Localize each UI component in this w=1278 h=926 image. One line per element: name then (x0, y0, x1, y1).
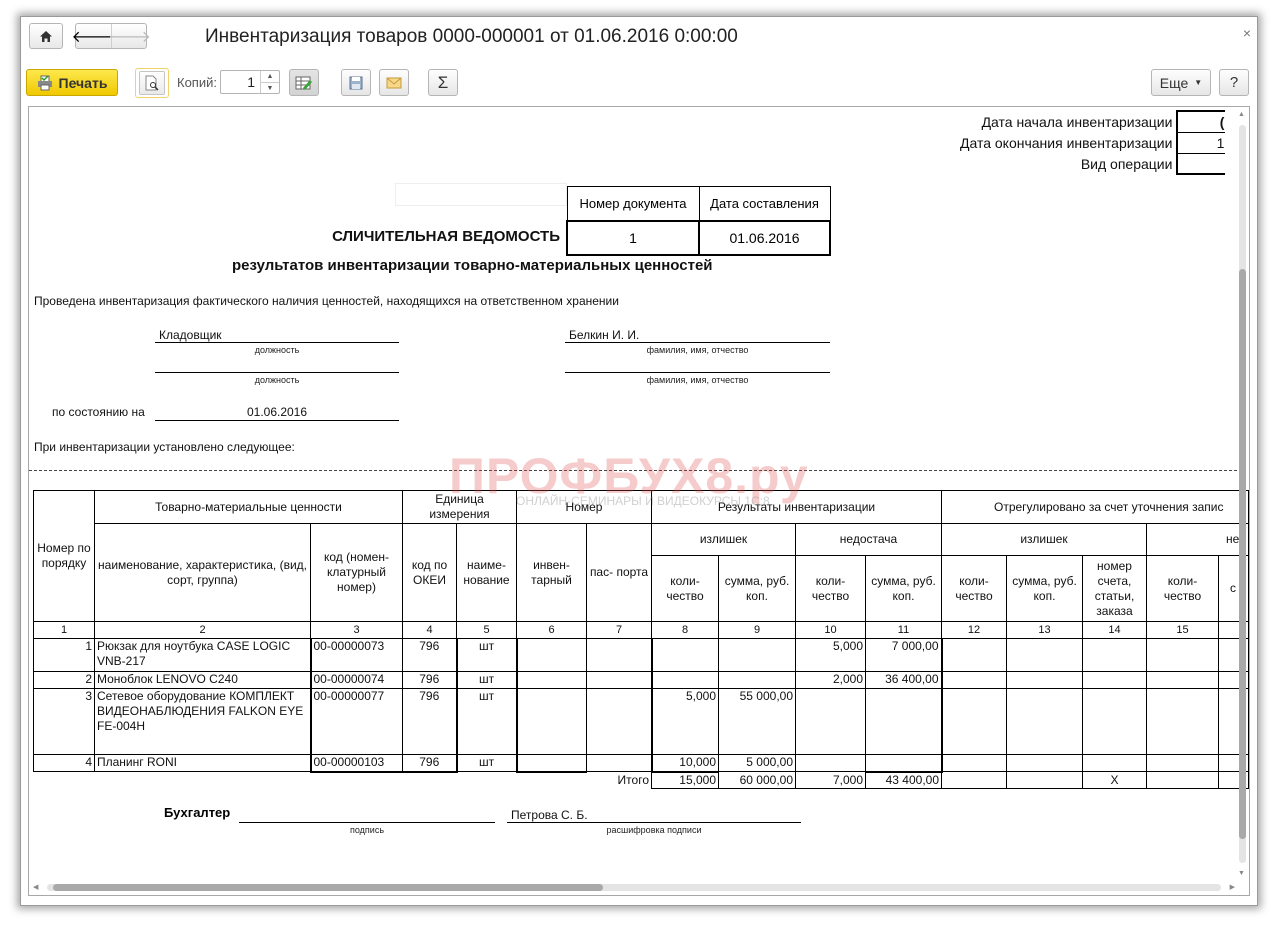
meta-value: 1 (1177, 132, 1225, 153)
edit-table-button[interactable] (289, 69, 319, 96)
header-adj-shortage: нед (1147, 524, 1249, 556)
cell-empty (942, 689, 1007, 755)
column-number: 13 (1007, 622, 1083, 639)
total-surplus-qty: 15,000 (652, 772, 719, 789)
cell-empty (942, 639, 1007, 672)
inventory-table: Номер по порядку Товарно-материальные це… (33, 490, 1249, 789)
header-qty: коли- чество (942, 556, 1007, 622)
meta-label: Дата окончания инвентаризации (959, 132, 1177, 153)
header-unit-name: наиме- нование (457, 524, 517, 622)
cell-empty (1083, 755, 1147, 772)
established-text: При инвентаризации установлено следующее… (34, 440, 295, 454)
header-number: Номер (517, 491, 652, 524)
cell-surplus-sum (719, 672, 796, 689)
header-goods: Товарно-материальные ценности (95, 491, 403, 524)
column-number: 4 (403, 622, 457, 639)
back-button[interactable]: 🡐 (75, 24, 111, 48)
cell-code: 00-00000073 (311, 639, 403, 672)
header-adj-surplus: излишек (942, 524, 1147, 556)
column-number: 1 (34, 622, 95, 639)
header-qty: коли- чество (796, 556, 866, 622)
empty-cell (395, 183, 567, 206)
header-sum: сумма, руб. коп. (866, 556, 942, 622)
cell-empty (1007, 672, 1083, 689)
cell-empty (517, 639, 587, 672)
decode-caption: расшифровка подписи (507, 825, 801, 835)
total-account: X (1083, 772, 1147, 789)
header-surplus: излишек (652, 524, 796, 556)
cell-empty (1007, 639, 1083, 672)
as-of-label: по состоянию на (52, 405, 145, 419)
document-number-table: Номер документа Дата составления 1 01.06… (566, 186, 831, 256)
cell-short-qty: 2,000 (796, 672, 866, 689)
cell-surplus-qty: 10,000 (652, 755, 719, 772)
horizontal-scroll-thumb[interactable] (53, 884, 603, 891)
cell-empty (1007, 755, 1083, 772)
header-okei: код по ОКЕИ (403, 524, 457, 622)
cell-empty (1147, 689, 1219, 755)
total-short-sum: 43 400,00 (866, 772, 942, 789)
doc-number-header: Номер документа (567, 187, 699, 221)
header-qty: коли- чество (1147, 556, 1219, 622)
more-label: Еще (1160, 75, 1189, 91)
horizontal-scrollbar[interactable]: ◀ ▶ (33, 883, 1235, 892)
cell-empty (587, 672, 652, 689)
column-number: 11 (866, 622, 942, 639)
help-icon: ? (1230, 74, 1238, 91)
cell-name: Рюкзак для ноутбука CASE LOGIC VNB-217 (95, 639, 311, 672)
column-number: 5 (457, 622, 517, 639)
page-break-line (29, 470, 1237, 471)
doc-date-header: Дата составления (699, 187, 830, 221)
cell-code: 00-00000077 (311, 689, 403, 755)
header-adjusted: Отрегулировано за счет уточнения запис (942, 491, 1249, 524)
meta-label: Вид операции (959, 153, 1177, 174)
help-button[interactable]: ? (1219, 69, 1249, 96)
cell-name: Планинг RONI (95, 755, 311, 772)
spreadsheet-document[interactable]: Дата начала инвентаризации ( Дата оконча… (28, 106, 1250, 896)
preview-button[interactable] (135, 68, 169, 98)
sigma-icon: Σ (438, 73, 449, 93)
cell-empty (587, 689, 652, 755)
cell-unit: шт (457, 689, 517, 755)
person-caption: фамилия, имя, отчество (565, 375, 830, 385)
cell-empty (1147, 672, 1219, 689)
cell-short-qty: 5,000 (796, 639, 866, 672)
chevron-down-icon: ▼ (1194, 78, 1202, 87)
column-numbers-row: 123456789101112131415 (34, 622, 1249, 639)
copies-label: Копий: (177, 75, 217, 90)
cell-n: 2 (34, 672, 95, 689)
cell-surplus-qty: 5,000 (652, 689, 719, 755)
cell-surplus-qty (652, 639, 719, 672)
cell-code: 00-00000103 (311, 755, 403, 772)
cell-empty (942, 755, 1007, 772)
column-number: 8 (652, 622, 719, 639)
cell-okei: 796 (403, 689, 457, 755)
cell-short-qty (796, 689, 866, 755)
column-number: 12 (942, 622, 1007, 639)
header-name: наименование, характеристика, (вид, сорт… (95, 524, 311, 622)
cell-unit: шт (457, 755, 517, 772)
cell-surplus-sum (719, 639, 796, 672)
header-shortage: недостача (796, 524, 942, 556)
home-button[interactable] (29, 23, 63, 49)
more-button[interactable]: Еще ▼ (1151, 69, 1211, 96)
cell-short-qty (796, 755, 866, 772)
cell-n: 3 (34, 689, 95, 755)
header-sum: сумма, руб. коп. (1007, 556, 1083, 622)
header-sum: сумма, руб. коп. (719, 556, 796, 622)
cell-empty (587, 639, 652, 672)
position-caption: должность (155, 375, 399, 385)
cell-okei: 796 (403, 755, 457, 772)
cell-okei: 796 (403, 672, 457, 689)
cell-empty (1007, 689, 1083, 755)
cell-short-sum: 36 400,00 (866, 672, 942, 689)
table-edit-icon (295, 75, 313, 91)
cell-empty (1147, 755, 1219, 772)
cell-empty (517, 689, 587, 755)
table-row[interactable]: 2Моноблок LENOVO C24000-00000074796шт2,0… (34, 672, 1249, 689)
window-title: Инвентаризация товаров 0000-000001 от 01… (205, 26, 738, 48)
save-button[interactable] (341, 69, 371, 96)
document-title: СЛИЧИТЕЛЬНАЯ ВЕДОМОСТЬ (332, 228, 560, 245)
sum-button[interactable]: Σ (428, 69, 458, 96)
arrow-right-icon: 🡒 (108, 26, 151, 47)
meta-value (1177, 153, 1225, 174)
column-number: 9 (719, 622, 796, 639)
copies-stepper[interactable]: ▲▼ (260, 71, 279, 93)
cell-empty (1083, 639, 1147, 672)
header-qty: коли- чество (652, 556, 719, 622)
total-row: Итого 15,000 60 000,00 7,000 43 400,00 X (34, 772, 1249, 789)
cell-empty (517, 755, 587, 772)
column-number: 15 (1147, 622, 1219, 639)
doc-date: 01.06.2016 (699, 221, 830, 255)
doc-number: 1 (567, 221, 699, 255)
scroll-left-icon[interactable]: ◀ (33, 883, 38, 891)
intro-text: Проведена инвентаризация фактического на… (34, 294, 619, 308)
person-caption: фамилия, имя, отчество (565, 345, 830, 355)
vertical-scroll-thumb[interactable] (1239, 269, 1246, 839)
header-inventory: инвен- тарный (517, 524, 587, 622)
header-unit: Единица измерения (403, 491, 517, 524)
column-number: 3 (311, 622, 403, 639)
column-number: 2 (95, 622, 311, 639)
forward-button[interactable]: 🡒 (111, 24, 147, 48)
home-icon (39, 30, 53, 43)
cell-empty (1083, 689, 1147, 755)
print-button[interactable]: Печать (26, 69, 118, 96)
copies-field[interactable]: 1 ▲▼ (220, 70, 280, 94)
cell-short-sum (866, 689, 942, 755)
accountant-label: Бухгалтер (164, 805, 230, 820)
header-row-num: Номер по порядку (34, 491, 95, 622)
header-passport: пас- порта (587, 524, 652, 622)
column-number: 14 (1083, 622, 1147, 639)
page-preview-icon (145, 75, 159, 91)
column-number: 10 (796, 622, 866, 639)
cell-code: 00-00000074 (311, 672, 403, 689)
meta-label: Дата начала инвентаризации (959, 111, 1177, 132)
cell-empty (517, 672, 587, 689)
table-row[interactable]: 4Планинг RONI00-00000103796шт10,0005 000… (34, 755, 1249, 772)
column-number: 6 (517, 622, 587, 639)
cell-empty (587, 755, 652, 772)
as-of-date: 01.06.2016 (155, 405, 399, 419)
header-account: номер счета, статьи, заказа (1083, 556, 1147, 622)
header-results: Результаты инвентаризации (652, 491, 942, 524)
floppy-disk-icon (349, 76, 363, 90)
total-short-qty: 7,000 (796, 772, 866, 789)
signature-caption: подпись (239, 825, 495, 835)
history-nav: 🡐 🡒 (75, 23, 147, 49)
vertical-scrollbar[interactable]: ▲ ▼ (1238, 111, 1247, 877)
inventory-meta: Дата начала инвентаризации ( Дата оконча… (959, 110, 1225, 175)
print-label: Печать (59, 75, 108, 91)
scroll-right-icon[interactable]: ▶ (1230, 883, 1235, 891)
cell-surplus-sum: 5 000,00 (719, 755, 796, 772)
cell-short-sum: 7 000,00 (866, 639, 942, 672)
cell-n: 4 (34, 755, 95, 772)
column-number: 7 (587, 622, 652, 639)
cell-surplus-qty (652, 672, 719, 689)
cell-short-sum (866, 755, 942, 772)
cell-unit: шт (457, 639, 517, 672)
cell-surplus-sum: 55 000,00 (719, 689, 796, 755)
header-code: код (номен- клатурный номер) (311, 524, 403, 622)
document-subtitle: результатов инвентаризации товарно-матер… (232, 257, 713, 274)
cell-name: Моноблок LENOVO C240 (95, 672, 311, 689)
send-email-button[interactable] (379, 69, 409, 96)
cell-okei: 796 (403, 639, 457, 672)
envelope-icon (386, 77, 402, 89)
total-label: Итого (34, 772, 652, 789)
table-row[interactable]: 1Рюкзак для ноутбука CASE LOGIC VNB-2170… (34, 639, 1249, 672)
cell-empty (1083, 672, 1147, 689)
meta-value: ( (1177, 111, 1225, 132)
cell-name: Сетевое оборудование КОМПЛЕКТ ВИДЕОНАБЛЮ… (95, 689, 311, 755)
copies-value: 1 (247, 74, 255, 90)
scroll-up-icon[interactable]: ▲ (1238, 111, 1245, 118)
cell-empty (942, 672, 1007, 689)
scroll-down-icon[interactable]: ▼ (1238, 870, 1245, 877)
cell-unit: шт (457, 672, 517, 689)
total-surplus-sum: 60 000,00 (719, 772, 796, 789)
position-caption: должность (155, 345, 399, 355)
printer-icon (37, 75, 53, 91)
cell-n: 1 (34, 639, 95, 672)
close-icon[interactable]: × (1243, 25, 1251, 41)
cell-empty (1147, 639, 1219, 672)
table-row[interactable]: 3Сетевое оборудование КОМПЛЕКТ ВИДЕОНАБЛ… (34, 689, 1249, 755)
report-window: × 🡐 🡒 Инвентаризация товаров 0000-000001… (20, 16, 1258, 906)
